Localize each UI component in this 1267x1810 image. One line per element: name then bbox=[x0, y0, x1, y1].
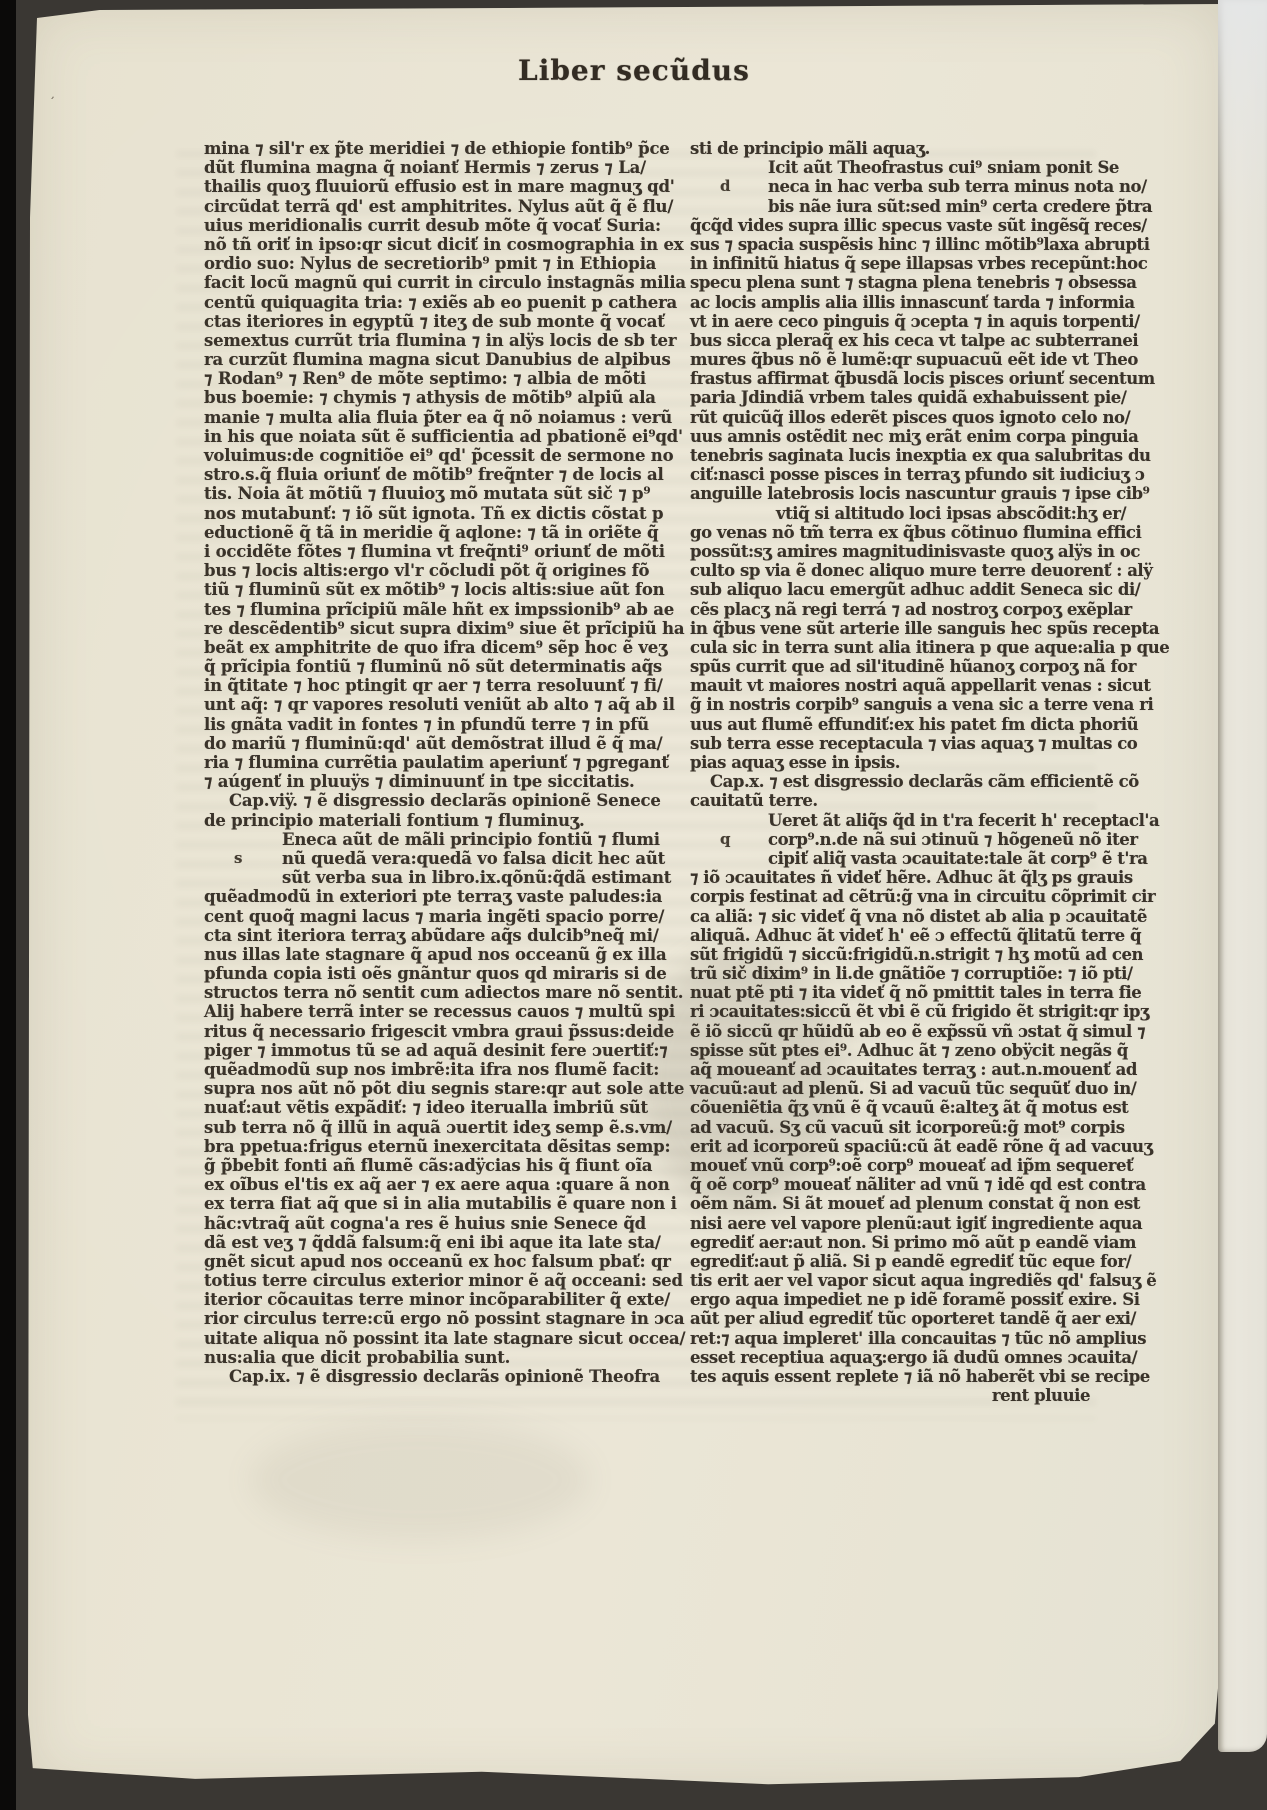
text-line: vtiq̃ si altitudo loci ipsas abscõdit:hʒ… bbox=[690, 504, 1090, 523]
text-line: possũt:sʒ amires magnitudinisvaste quoʒ … bbox=[690, 542, 1090, 561]
text-line: bis nãe iura sũt:sed min⁹ certa credere … bbox=[690, 197, 1090, 216]
text-line: Ueret ãt aliq̃s q̃d in t'ra fecerit h' r… bbox=[690, 811, 1090, 830]
text-line: manie ⁊ multa alia fluia p̃ter ea q̃ nõ … bbox=[204, 408, 646, 427]
text-line: Cap.x. ⁊ est disgressio declarãs cãm eff… bbox=[690, 772, 1090, 791]
text-line: bus boemie: ⁊ chymis ⁊ athysis de mõtib⁹… bbox=[204, 388, 646, 407]
text-line: trũ sič dixim⁹ in li.de gnãtiõe ⁊ corrup… bbox=[690, 964, 1090, 983]
text-line: i occidẽte fõtes ⁊ flumina vt freq̃nti⁹ … bbox=[204, 542, 646, 561]
running-title: Liber secũdus bbox=[518, 54, 750, 87]
text-line: eductionẽ q̃ tã in meridie q̃ aqlone: ⁊ … bbox=[204, 523, 646, 542]
text-line: tis erit aer vel vapor sicut aqua ingred… bbox=[690, 1271, 1090, 1290]
text-line: in his que noiata sũt ẽ sufficientia ad … bbox=[204, 427, 646, 446]
text-line: specu plena sunt ⁊ stagna plena tenebris… bbox=[690, 273, 1090, 292]
text-line: beãt ex amphitrite de quo ifra dicem⁹ sẽ… bbox=[204, 638, 646, 657]
text-line: go venas nõ tm̃ terra ex q̃bus cõtinuo f… bbox=[690, 523, 1090, 542]
text-line: supra nos aũt nõ põt diu segnis stare:qr… bbox=[204, 1079, 646, 1098]
text-line: ex oĩbus el'tis ex aq̃ aer ⁊ ex aere aqu… bbox=[204, 1175, 646, 1194]
text-line: cõueniẽtia q̃ʒ vnũ ẽ q̃ vcauũ ẽ:alteʒ ãt… bbox=[690, 1098, 1090, 1117]
text-line: sub terra esse receptacula ⁊ vias aquaʒ … bbox=[690, 734, 1090, 753]
text-line: voluimus:de cognitiõe ei⁹ qd' p̃cessit d… bbox=[204, 446, 646, 465]
text-line: re descẽdentib⁹ sicut supra dixim⁹ siue … bbox=[204, 619, 646, 638]
text-line: uus aut flumẽ effundiť:ex his patet fm d… bbox=[690, 715, 1090, 734]
text-line: uus amnis ostẽdit nec miʒ erãt enim corp… bbox=[690, 427, 1090, 446]
text-line: oẽm nãm. Si ãt moueť ad plenum constat q… bbox=[690, 1194, 1090, 1213]
text-line: bus ⁊ locis altis:ergo vl'r cõcludi põt … bbox=[204, 561, 646, 580]
text-line: Eneca aũt de mãli principio fontiũ ⁊ flu… bbox=[204, 830, 646, 849]
text-line: pias aquaʒ esse in ipsis. bbox=[690, 753, 1090, 772]
text-line: ri ɔcauitates:siccũ ẽt vbi ẽ cũ frigido … bbox=[690, 1002, 1090, 1021]
text-line: ẽ iõ siccũ qr hũidũ ab eo ẽ exp̃ssũ vñ ɔ… bbox=[690, 1022, 1090, 1041]
initial-guide-letter: q bbox=[720, 830, 730, 849]
text-line: dũt flumina magna q̃ noianť Hermis ⁊ zer… bbox=[204, 158, 646, 177]
scanned-book-page: , Liber secũdus mina ⁊ sil'r ex p̃te mer… bbox=[0, 0, 1267, 1810]
text-line: cula sic in terra sunt alia itinera p qu… bbox=[690, 638, 1090, 657]
text-line: q̃ oẽ corp⁹ moueať nãliter ad vnũ ⁊ idẽ … bbox=[690, 1175, 1090, 1194]
text-line: ⁊ Rodan⁹ ⁊ Ren⁹ de mõte septimo: ⁊ albia… bbox=[204, 369, 646, 388]
text-line: mauit vt maiores nostri aquã appellarit … bbox=[690, 676, 1090, 695]
text-line: corp⁹.n.de nã sui ɔtinuũ ⁊ hõgeneũ nõ it… bbox=[690, 830, 1090, 849]
text-line: cipiť aliq̃ vasta ɔcauitate:tale ãt corp… bbox=[690, 849, 1090, 868]
text-line: uitate aliqua nõ possint ita late stagna… bbox=[204, 1329, 646, 1348]
text-line: in q̃bus vene sũt arterie ille sanguis h… bbox=[690, 619, 1090, 638]
text-line: rũt quicũq̃ illos ederẽt pisces quos ign… bbox=[690, 408, 1090, 427]
text-line: g̃ p̃bebit fonti añ flumẽ cãs:adÿcias hi… bbox=[204, 1156, 646, 1175]
text-line: facit locũ magnũ qui currit in circulo i… bbox=[204, 273, 646, 292]
text-line: sũt frigidũ ⁊ siccũ:frigidũ.n.strigit ⁊ … bbox=[690, 945, 1090, 964]
text-line: tes ⁊ flumina prĩcipiũ mãle hñt ex impss… bbox=[204, 600, 646, 619]
text-line: egrediť:aut p̃ aliã. Si p eandẽ egrediť … bbox=[690, 1252, 1090, 1271]
text-line: piger ⁊ immotus tũ se ad aquã desinit fe… bbox=[204, 1041, 646, 1060]
text-line: vacuũ:aut ad plenũ. Si ad vacuũ tũc sequ… bbox=[690, 1079, 1090, 1098]
text-line: ⁊ iõ ɔcauitates ñ videť hẽre. Adhuc ãt q… bbox=[690, 868, 1090, 887]
text-line: sti de principio mãli aquaʒ. bbox=[690, 139, 1090, 158]
text-line: Alij habere terrã inter se recessus cauo… bbox=[204, 1002, 646, 1021]
text-line: aũt per aliud egrediť tũc oporteret tand… bbox=[690, 1309, 1090, 1328]
text-line: unt aq̃: ⁊ qr vapores resoluti veniũt ab… bbox=[204, 695, 646, 714]
text-line: semextus currũt tria flumina ⁊ in alÿs l… bbox=[204, 331, 646, 350]
initial-guide-letter: s bbox=[234, 849, 242, 868]
text-line: lis gnãta vadit in fontes ⁊ in pfundũ te… bbox=[204, 715, 646, 734]
text-line: quẽadmodũ sup nos imbrẽ:ita ifra nos flu… bbox=[204, 1060, 646, 1079]
text-line: ria ⁊ flumina currẽtia paulatim aperiunť… bbox=[204, 753, 646, 772]
text-line: nisi aere vel vapore plenũ:aut igiť ingr… bbox=[690, 1214, 1090, 1233]
text-line: bra ppetua:frigus eternũ inexercitata dẽ… bbox=[204, 1137, 646, 1156]
text-line: uius meridionalis currit desub mõte q̃ v… bbox=[204, 216, 646, 235]
text-line: erit ad icorporeũ spaciũ:cũ ãt eadẽ rõne… bbox=[690, 1137, 1090, 1156]
text-line: aq̃ moueanť ad ɔcauitates terraʒ : aut.n… bbox=[690, 1060, 1090, 1079]
text-line: ad vacuũ. Sʒ cũ vacuũ sit icorporeũ:g̃ m… bbox=[690, 1118, 1090, 1137]
text-line: Cap.ix. ⁊ ẽ disgressio declarãs opinionẽ… bbox=[204, 1367, 646, 1386]
text-column-left: mina ⁊ sil'r ex p̃te meridiei ⁊ de ethio… bbox=[204, 139, 646, 1386]
text-line: thailis quoʒ fluuiorũ effusio est in mar… bbox=[204, 177, 646, 196]
text-line: cent quoq̃ magni lacus ⁊ maria ingẽti sp… bbox=[204, 907, 646, 926]
text-line: ergo aqua impediet ne p idẽ foramẽ possi… bbox=[690, 1290, 1090, 1309]
text-line: bus sicca pleraq̃ ex his ceca vt talpe a… bbox=[690, 331, 1090, 350]
text-line: ex terra fiat aq̃ que si in alia mutabil… bbox=[204, 1194, 646, 1213]
text-line: cẽs placʒ nã regi terrá ⁊ ad nostroʒ cor… bbox=[690, 600, 1090, 619]
text-line: cauitatũ terre. bbox=[690, 791, 1090, 810]
text-line: rior circulus terre:cũ ergo nõ possint s… bbox=[204, 1309, 646, 1328]
text-line: tiũ ⁊ fluminũ sũt ex mõtib⁹ ⁊ locis alti… bbox=[204, 580, 646, 599]
text-line: corpis festinat ad cẽtrũ:g̃ vna in circu… bbox=[690, 887, 1090, 906]
text-line: esset receptiua aquaʒ:ergo iã dudũ omnes… bbox=[690, 1348, 1090, 1367]
text-line: centũ quiquagita tria: ⁊ exiẽs ab eo pue… bbox=[204, 293, 646, 312]
text-line: ac locis amplis alia illis innascunť tar… bbox=[690, 293, 1090, 312]
text-line: ciť:nasci posse pisces in terraʒ pfundo … bbox=[690, 465, 1090, 484]
text-line: vt in aere ceco pinguis q̃ ɔcepta ⁊ in a… bbox=[690, 312, 1090, 331]
text-line: mures q̃bus nõ ẽ lumẽ:qr supuacuũ eẽt id… bbox=[690, 350, 1090, 369]
text-line: circũdat terrã qd' est amphitrites. Nylu… bbox=[204, 197, 646, 216]
text-line: anguille latebrosis locis nascuntur grau… bbox=[690, 484, 1090, 503]
text-line: ret:⁊ aqua impleret' illa concauitas ⁊ t… bbox=[690, 1329, 1090, 1348]
text-line: frastus affirmat q̃busdã locis pisces or… bbox=[690, 369, 1090, 388]
text-line: ca aliã: ⁊ sic videť q̃ vna nõ distet ab… bbox=[690, 907, 1090, 926]
text-line: do mariũ ⁊ fluminũ:qd' aũt demõstrat ill… bbox=[204, 734, 646, 753]
text-line: paria Jdindiã vrbem tales quidã exhabuis… bbox=[690, 388, 1090, 407]
scan-background-left-strip bbox=[0, 0, 16, 1810]
text-line: culto sp via ẽ donec aliquo mure terre d… bbox=[690, 561, 1090, 580]
text-line: spisse sũt ptes ei⁹. Adhuc ãt ⁊ zeno obÿ… bbox=[690, 1041, 1090, 1060]
text-line: ⁊ aúgenť in pluuÿs ⁊ diminuunť in tpe si… bbox=[204, 772, 646, 791]
text-line: Cap.viÿ. ⁊ ẽ disgressio declarãs opinion… bbox=[204, 791, 646, 810]
text-line: Icit aũt Theofrastus cui⁹ sniam ponit Se bbox=[690, 158, 1090, 177]
text-line: ra curzũt flumina magna sicut Danubius d… bbox=[204, 350, 646, 369]
text-line: dã est veʒ ⁊ q̃ddã falsum:q̃ eni ibi aqu… bbox=[204, 1233, 646, 1252]
text-line: aliquã. Adhuc ãt videť h' eẽ ɔ effectũ q… bbox=[690, 926, 1090, 945]
text-line: tis. Noia ãt mõtiũ ⁊ fluuioʒ mõ mutata s… bbox=[204, 484, 646, 503]
text-line: in q̃titate ⁊ hoc ptingit qr aer ⁊ terra… bbox=[204, 676, 646, 695]
text-line: tenebris saginata lucis inexptia ex qua … bbox=[690, 446, 1090, 465]
text-line: de principio materiali fontium ⁊ fluminu… bbox=[204, 811, 646, 830]
text-line: sũt verba sua in libro.ix.qõnũ:q̃dã esti… bbox=[204, 868, 646, 887]
text-line: in infinitũ hiatus q̃ sepe illapsas vrbe… bbox=[690, 254, 1090, 273]
text-line: nos mutabunť: ⁊ iõ sũt ignota. Tñ ex dic… bbox=[204, 504, 646, 523]
next-leaf-fore-edge bbox=[1218, 0, 1267, 1752]
text-line: moueť vnũ corp⁹:oẽ corp⁹ moueať ad ip̃m … bbox=[690, 1156, 1090, 1175]
text-line: nũ quedã vera:quedã vo falsa dicit hec a… bbox=[204, 849, 646, 868]
text-line: g̃ in nostris corpib⁹ sanguis a vena sic… bbox=[690, 695, 1090, 714]
text-line: q̃cq̃d vides supra illic specus vaste sũ… bbox=[690, 216, 1090, 235]
text-line: spũs currit que ad sil'itudinẽ hũanoʒ co… bbox=[690, 657, 1090, 676]
text-line: nuat ptẽ pti ⁊ ita videť q̃ nõ pmittit t… bbox=[690, 983, 1090, 1002]
text-line: totius terre circulus exterior minor ẽ a… bbox=[204, 1271, 646, 1290]
text-line: ordio suo: Nylus de secretiorib⁹ pmit ⁊ … bbox=[204, 254, 646, 273]
text-line: nus illas late stagnare q̃ apud nos occe… bbox=[204, 945, 646, 964]
text-line: cta sint iteriora terraʒ abũdare aq̃s du… bbox=[204, 926, 646, 945]
text-line: ritus q̃ necessario frigescit vmbra grau… bbox=[204, 1022, 646, 1041]
text-line: mina ⁊ sil'r ex p̃te meridiei ⁊ de ethio… bbox=[204, 139, 646, 158]
text-line: hãc:vtraq̃ aũt cogna'a res ẽ huius snie … bbox=[204, 1214, 646, 1233]
text-line: sub terra nõ q̃ illũ in aquã ɔuertit ide… bbox=[204, 1118, 646, 1137]
initial-guide-letter: d bbox=[720, 177, 730, 196]
text-line: stro.s.q̃ fluia oriunť de mõtib⁹ freq̃nt… bbox=[204, 465, 646, 484]
text-line: iterior cõcauitas terre minor incõparabi… bbox=[204, 1290, 646, 1309]
text-line: nus:alia que dicit probabilia sunt. bbox=[204, 1348, 646, 1367]
text-line: quẽadmodũ in exteriori pte terraʒ vaste … bbox=[204, 887, 646, 906]
text-line: gnẽt sicut apud nos occeanũ ex hoc falsu… bbox=[204, 1252, 646, 1271]
text-line: nuať:aut vẽtis expãdiť: ⁊ ideo iterualla… bbox=[204, 1098, 646, 1117]
text-line: sub aliquo lacu emergũt adhuc addit Sene… bbox=[690, 580, 1090, 599]
fore-edge-highlight bbox=[1218, 0, 1267, 220]
text-line: nõ tñ oriť in ipso:qr sicut diciť in cos… bbox=[204, 235, 646, 254]
text-line: sus ⁊ spacia suspẽsis hinc ⁊ illinc mõti… bbox=[690, 235, 1090, 254]
text-line: tes aquis essent replete ⁊ iã nõ haberẽt… bbox=[690, 1367, 1090, 1386]
text-line: structos terra nõ sentit cum adiectos ma… bbox=[204, 983, 646, 1002]
text-line: neca in hac verba sub terra minus nota n… bbox=[690, 177, 1090, 196]
text-line: ctas iteriores in egyptũ ⁊ iteʒ de sub m… bbox=[204, 312, 646, 331]
text-line: q̃ prĩcipia fontiũ ⁊ fluminũ nõ sũt dete… bbox=[204, 657, 646, 676]
text-column-right: sti de principio mãli aquaʒ.Icit aũt The… bbox=[690, 139, 1090, 1405]
text-line: rent pluuie bbox=[690, 1386, 1090, 1405]
text-line: pfunda copia isti oẽs gnãntur quos qd mi… bbox=[204, 964, 646, 983]
text-line: egrediť aer:aut non. Si primo mõ aũt p e… bbox=[690, 1233, 1090, 1252]
